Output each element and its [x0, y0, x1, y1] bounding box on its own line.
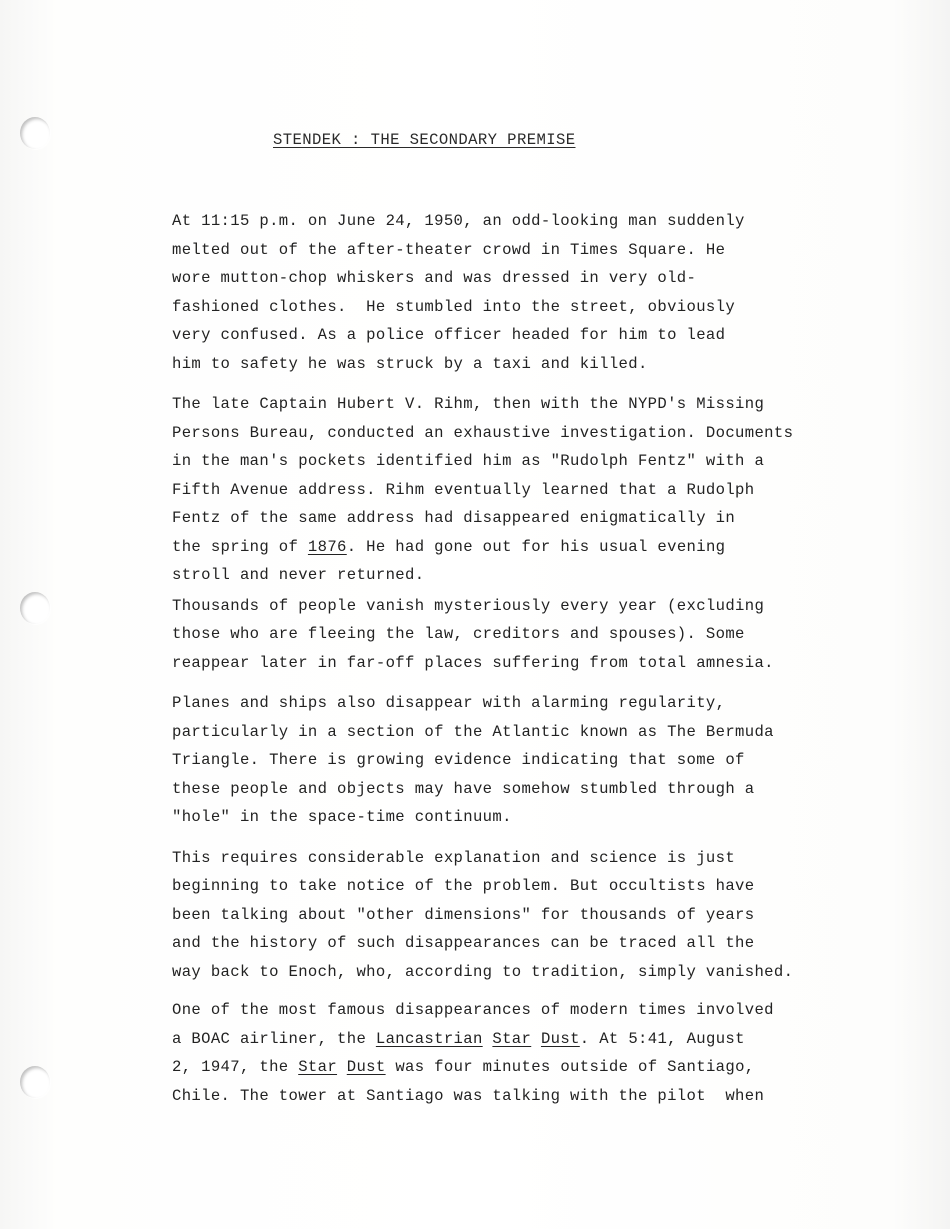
- text-line: fashioned clothes. He stumbled into the …: [172, 293, 912, 322]
- text-line: This requires considerable explanation a…: [172, 844, 912, 873]
- underlined-word: Star: [492, 1030, 531, 1048]
- text-line: those who are fleeing the law, creditors…: [172, 620, 912, 649]
- text-line: At 11:15 p.m. on June 24, 1950, an odd-l…: [172, 207, 912, 236]
- text-line: melted out of the after-theater crowd in…: [172, 236, 912, 265]
- text-line: "hole" in the space-time continuum.: [172, 803, 912, 832]
- text-line: Fentz of the same address had disappeare…: [172, 504, 912, 533]
- text-line: One of the most famous disappearances of…: [172, 996, 912, 1025]
- text-line: 2, 1947, the Star Dust was four minutes …: [172, 1053, 912, 1082]
- underlined-word: Star: [298, 1058, 337, 1076]
- text-line: in the man's pockets identified him as "…: [172, 447, 912, 476]
- text-line: Planes and ships also disappear with ala…: [172, 689, 912, 718]
- text-line: Fifth Avenue address. Rihm eventually le…: [172, 476, 912, 505]
- punch-hole-top: [20, 117, 50, 149]
- text-line: reappear later in far-off places sufferi…: [172, 649, 912, 678]
- text-span: [531, 1030, 541, 1048]
- text-line: particularly in a section of the Atlanti…: [172, 718, 912, 747]
- text-line: a BOAC airliner, the Lancastrian Star Du…: [172, 1025, 912, 1054]
- underlined-word: Lancastrian: [376, 1030, 483, 1048]
- text-line: The late Captain Hubert V. Rihm, then wi…: [172, 390, 912, 419]
- punch-hole-bottom: [20, 1066, 50, 1098]
- text-span: was four minutes outside of Santiago,: [386, 1058, 755, 1076]
- typewritten-page: STENDEK : THE SECONDARY PREMISE At 11:15…: [0, 0, 950, 1229]
- paragraph-6: One of the most famous disappearances of…: [172, 996, 912, 1110]
- underlined-word: Dust: [347, 1058, 386, 1076]
- punch-hole-middle: [20, 592, 50, 624]
- text-line: stroll and never returned.: [172, 561, 912, 590]
- paragraph-3: Thousands of people vanish mysteriously …: [172, 592, 912, 678]
- text-span: . He had gone out for his usual evening: [347, 538, 726, 556]
- underlined-year: 1876: [308, 538, 347, 556]
- document-body: At 11:15 p.m. on June 24, 1950, an odd-l…: [172, 207, 912, 1110]
- paragraph-4: Planes and ships also disappear with ala…: [172, 689, 912, 832]
- text-span: . At 5:41, August: [580, 1030, 745, 1048]
- text-span: the spring of: [172, 538, 308, 556]
- paragraph-5: This requires considerable explanation a…: [172, 844, 912, 987]
- text-line: him to safety he was struck by a taxi an…: [172, 350, 912, 379]
- text-line: very confused. As a police officer heade…: [172, 321, 912, 350]
- text-span: [337, 1058, 347, 1076]
- text-line: Triangle. There is growing evidence indi…: [172, 746, 912, 775]
- text-line: way back to Enoch, who, according to tra…: [172, 958, 912, 987]
- paragraph-1: At 11:15 p.m. on June 24, 1950, an odd-l…: [172, 207, 912, 378]
- text-line: been talking about "other dimensions" fo…: [172, 901, 912, 930]
- text-line: Persons Bureau, conducted an exhaustive …: [172, 419, 912, 448]
- text-line: these people and objects may have someho…: [172, 775, 912, 804]
- text-line: beginning to take notice of the problem.…: [172, 872, 912, 901]
- document-title: STENDEK : THE SECONDARY PREMISE: [273, 131, 576, 149]
- text-line: the spring of 1876. He had gone out for …: [172, 533, 912, 562]
- underlined-word: Dust: [541, 1030, 580, 1048]
- text-span: 2, 1947, the: [172, 1058, 298, 1076]
- paragraph-2: The late Captain Hubert V. Rihm, then wi…: [172, 390, 912, 590]
- text-line: wore mutton-chop whiskers and was dresse…: [172, 264, 912, 293]
- text-line: Chile. The tower at Santiago was talking…: [172, 1082, 912, 1111]
- text-span: a BOAC airliner, the: [172, 1030, 376, 1048]
- text-line: and the history of such disappearances c…: [172, 929, 912, 958]
- text-line: Thousands of people vanish mysteriously …: [172, 592, 912, 621]
- text-span: [483, 1030, 493, 1048]
